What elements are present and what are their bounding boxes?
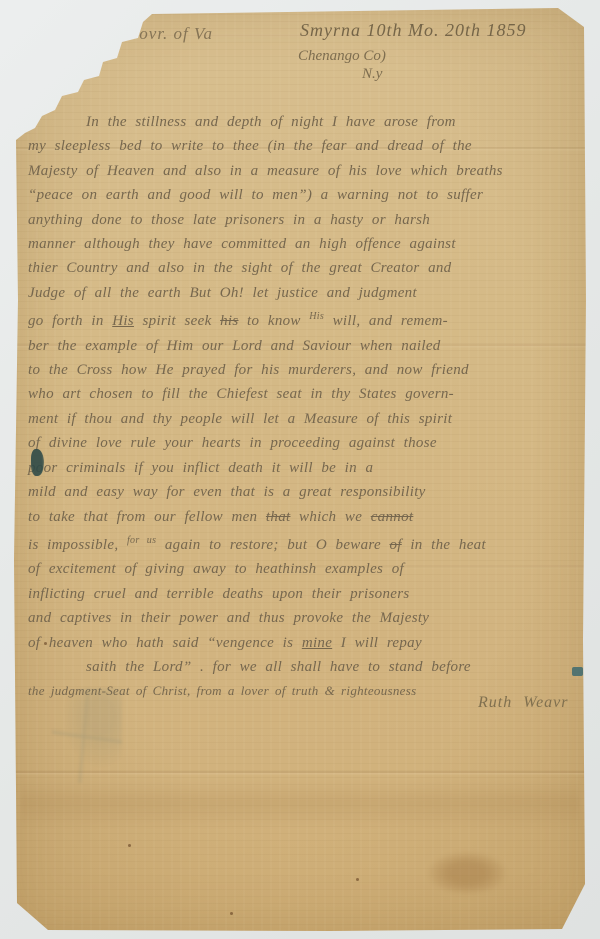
letter-line: Majesty of Heaven and also in a measure … xyxy=(28,159,576,183)
addressee: Govr. of Va xyxy=(126,24,213,44)
place-county: Chenango Co) xyxy=(298,48,386,65)
letter-line: and captives in their power and thus pro… xyxy=(28,606,576,630)
dateline: Smyrna 10th Mo. 20th 1859 xyxy=(300,20,527,41)
letter-paper: Govr. of Va Smyrna 10th Mo. 20th 1859 Ch… xyxy=(0,0,600,939)
discoloration-band xyxy=(20,782,580,828)
letter-line: ber the example of Him our Lord and Savi… xyxy=(28,334,576,358)
edge-ink-mark xyxy=(572,667,583,676)
bleedthrough-marks xyxy=(52,688,122,783)
letter-line: go forth in His spirit seek his to know … xyxy=(28,305,576,333)
paper-stain xyxy=(428,852,506,894)
letter-line: of excitement of giving away to heathins… xyxy=(28,557,576,581)
letter-line: Judge of all the earth But Oh! let justi… xyxy=(28,281,576,305)
ink-blot xyxy=(31,449,44,476)
letter-line: thier Country and also in the sight of t… xyxy=(28,256,576,280)
faint-pencil-mark xyxy=(25,79,49,98)
paper-speck xyxy=(356,878,359,881)
letter-line: mild and easy way for even that is a gre… xyxy=(28,480,576,504)
letter-line: anything done to those late prisoners in… xyxy=(28,208,576,232)
letter-line: of heaven who hath said “vengence is min… xyxy=(28,631,576,655)
paper-speck xyxy=(230,912,233,915)
letter-body: In the stillness and depth of night I ha… xyxy=(28,110,576,704)
letter-line: “peace on earth and good will to men”) a… xyxy=(28,183,576,207)
letter-line: to the Cross how He prayed for his murde… xyxy=(28,358,576,382)
scan-background: Govr. of Va Smyrna 10th Mo. 20th 1859 Ch… xyxy=(0,0,600,939)
signature: Ruth Weavr xyxy=(478,694,569,712)
letter-line: to take that from our fellow men that wh… xyxy=(28,505,576,529)
letter-line: is impossible, for us again to restore; … xyxy=(28,529,576,557)
paper-speck xyxy=(128,844,131,847)
letter-line: who art chosen to fill the Chiefest seat… xyxy=(28,382,576,406)
letter-line: of divine love rule your hearts in proce… xyxy=(28,431,576,455)
letter-line: saith the Lord” . for we all shall have … xyxy=(28,655,576,679)
letter-line: In the stillness and depth of night I ha… xyxy=(28,110,576,134)
letter-line: my sleepless bed to write to thee (in th… xyxy=(28,134,576,158)
place-state: N.y xyxy=(362,66,382,83)
letter-line: inflicting cruel and terrible deaths upo… xyxy=(28,582,576,606)
letter-line: ment if thou and thy people will let a M… xyxy=(28,407,576,431)
paper-speck xyxy=(44,642,47,645)
letter-line: manner although they have committed an h… xyxy=(28,232,576,256)
letter-line: poor criminals if you inflict death it w… xyxy=(28,456,576,480)
